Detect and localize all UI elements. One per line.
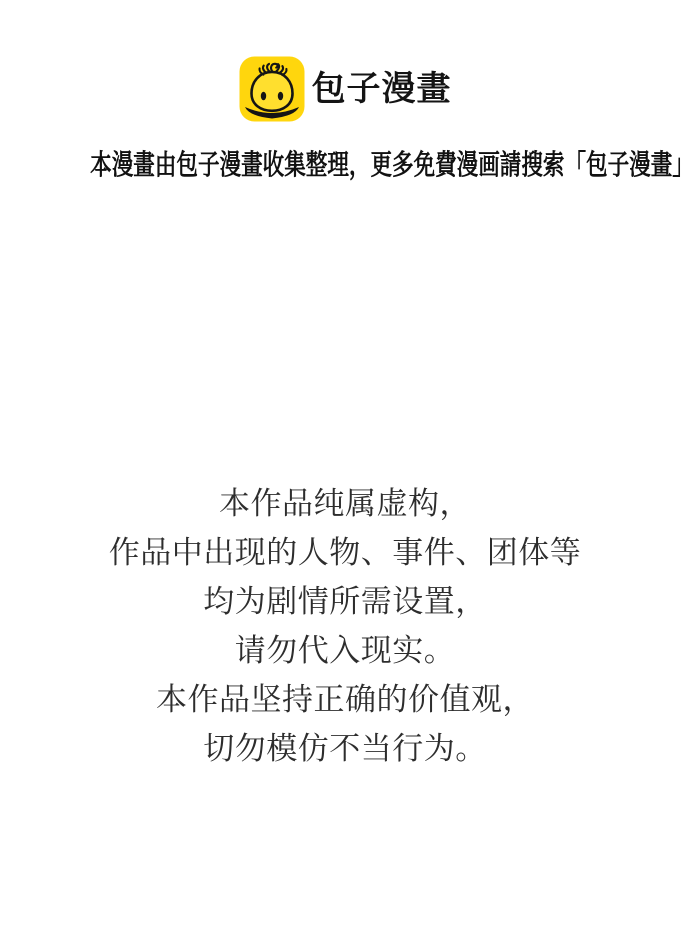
disclaimer-line: 作品中出现的人物、事件、团体等 xyxy=(0,528,690,577)
collection-notice: 本漫畫由包子漫畫收集整理，更多免費漫画請搜索「包子漫畫」 xyxy=(0,148,690,182)
logo-left-eye xyxy=(260,92,265,101)
disclaimer-line: 本作品纯属虚构， xyxy=(0,479,690,528)
logo-bun-face xyxy=(251,72,292,111)
comic-page: 包子漫畫 本漫畫由包子漫畫收集整理，更多免費漫画請搜索「包子漫畫」 本作品纯属虚… xyxy=(0,0,690,933)
disclaimer-block: 本作品纯属虚构， 作品中出现的人物、事件、团体等 均为剧情所需设置， 请勿代入现… xyxy=(0,479,690,773)
disclaimer-line: 本作品坚持正确的价值观， xyxy=(0,675,690,724)
disclaimer-line: 请勿代入现实。 xyxy=(0,626,690,675)
logo-right-eye xyxy=(277,92,282,101)
brand-name: 包子漫畫 xyxy=(312,56,452,122)
disclaimer-line: 切勿模仿不当行为。 xyxy=(0,724,690,773)
collection-notice-text: 本漫畫由包子漫畫收集整理，更多免費漫画請搜索「包子漫畫」 xyxy=(90,148,690,182)
brand-header: 包子漫畫 xyxy=(0,56,690,122)
disclaimer-line: 均为剧情所需设置， xyxy=(0,577,690,626)
baozi-logo-icon xyxy=(239,56,305,122)
